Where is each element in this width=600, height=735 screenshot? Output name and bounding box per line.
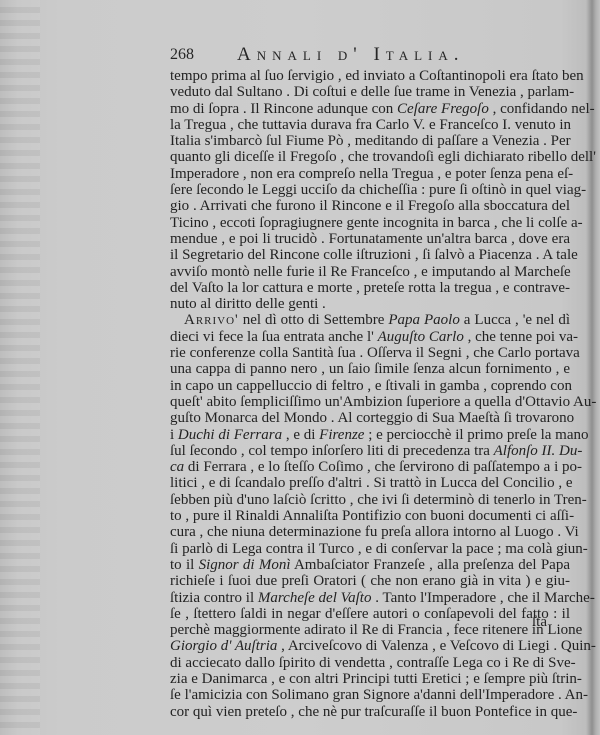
- text-segment: , e di: [282, 427, 319, 443]
- text-line: richieſe i ſuoi due preſi Oratori ( che …: [170, 573, 570, 589]
- text-line: Arrivo' nel dì otto di Settembre Papa Pa…: [170, 312, 570, 328]
- text-line: ſebben più d'uno laſciò ſcritto , che iv…: [170, 492, 570, 508]
- text-segment: ſul ſecondo , col tempo inſorſero liti d…: [170, 443, 494, 459]
- text-segment: Italia s'imbarcò ſul Fiume Pò , meditand…: [170, 133, 571, 149]
- text-segment: , confidando nel-: [489, 101, 595, 117]
- text-segment: gio . Arrivati che furono il Rincone e i…: [170, 198, 570, 214]
- text-segment: Ticino , eccoti ſopragiugnere gente inco…: [170, 215, 583, 231]
- text-line: in capo un cappelluccio di feltro , e ſt…: [170, 378, 570, 394]
- text-line: gio . Arrivati che furono il Rincone e i…: [170, 198, 570, 214]
- text-segment: ſe , ſtettero ſaldi in negar d'eſſere au…: [170, 606, 570, 622]
- text-segment: zia e Danimarca , e con altri Principi t…: [170, 671, 582, 687]
- text-segment: di acciecato dallo ſpirito di vendetta ,…: [170, 655, 576, 671]
- text-line: rie conferenze colla Santità ſua . Oſſer…: [170, 345, 570, 361]
- text-line: Ticino , eccoti ſopragiugnere gente inco…: [170, 215, 570, 231]
- text-segment: mo di ſopra . Il Rincone adunque con: [170, 101, 397, 117]
- text-line: litici , e di ſcandalo preſſo d'altri . …: [170, 475, 570, 491]
- text-line: Giorgio d' Auſtria , Arciveſcovo di Vale…: [170, 638, 570, 654]
- text-segment: la Tregua , che tuttavia durava fra Carl…: [170, 117, 571, 133]
- text-line: una cappa di panno nero , un ſaio ſimile…: [170, 361, 570, 377]
- text-line: dieci vi fece la ſua entrata anche l' Au…: [170, 329, 570, 345]
- text-segment: guſto Monarca del Mondo . Al corteggio d…: [170, 410, 574, 426]
- text-line: Italia s'imbarcò ſul Fiume Pò , meditand…: [170, 133, 570, 149]
- book-page: 268 Annali d' Italia. tempo prima al ſuo…: [0, 0, 600, 735]
- text-line: ſi parlò di Lega contra il Turco , e di …: [170, 541, 570, 557]
- text-line: di acciecato dallo ſpirito di vendetta ,…: [170, 655, 570, 671]
- text-segment: mendue , e poi li trucidò . Fortunatamen…: [170, 231, 570, 247]
- text-segment: in capo un cappelluccio di feltro , e ſt…: [170, 378, 572, 394]
- text-line: queſt' abito ſempliciſſimo un'Ambizion ſ…: [170, 394, 570, 410]
- text-line: guſto Monarca del Mondo . Al corteggio d…: [170, 410, 570, 426]
- text-segment: queſt' abito ſempliciſſimo un'Ambizion ſ…: [170, 394, 596, 410]
- text-segment: , che tenne poi va-: [464, 329, 578, 345]
- text-segment: ſi parlò di Lega contra il Turco , e di …: [170, 541, 588, 557]
- italic-text: Duchi di Ferrara: [178, 427, 282, 443]
- text-line: veduto dal Sultano . Di coſtui e delle ſ…: [170, 84, 570, 100]
- italic-text: Firenze: [319, 427, 364, 443]
- page-number: 268: [170, 46, 194, 64]
- italic-text: Giorgio d' Auſtria: [170, 638, 277, 654]
- text-segment: cura , che niuna determinazione fu preſa…: [170, 524, 579, 540]
- text-line: avviſo montò nelle furie il Re Franceſco…: [170, 264, 570, 280]
- text-line: ca di Ferrara , e lo ſteſſo Coſimo , che…: [170, 459, 570, 475]
- text-segment: perchè maggiormente adirato il Re di Fra…: [170, 622, 582, 638]
- italic-text: Alfonſo II. Du-: [494, 443, 583, 459]
- italic-text: Auguſto Carlo: [378, 329, 464, 345]
- body-text: tempo prima al ſuo ſervigio , ed inviato…: [170, 68, 570, 720]
- text-segment: di Ferrara , e lo ſteſſo Coſimo , che ſe…: [184, 459, 582, 475]
- running-head: 268 Annali d' Italia.: [170, 44, 570, 66]
- text-segment: del Vaſto la lor cattura e morte , prete…: [170, 280, 570, 296]
- text-line: cor quì vien preteſo , che nè pur traſcu…: [170, 704, 570, 720]
- text-segment: , Arciveſcovo di Valenza , e Veſcovo di …: [277, 638, 596, 654]
- text-line: i Duchi di Ferrara , e di Firenze ; e pe…: [170, 427, 570, 443]
- text-segment: una cappa di panno nero , un ſaio ſimile…: [170, 361, 570, 377]
- italic-text: Marcheſe del Vaſto: [258, 590, 372, 606]
- text-segment: to , pure il Rinaldi Annaliſta Pontifizi…: [170, 508, 574, 524]
- text-segment: avviſo montò nelle furie il Re Franceſco…: [170, 264, 571, 280]
- text-line: cura , che niuna determinazione fu preſa…: [170, 524, 570, 540]
- text-line: zia e Danimarca , e con altri Principi t…: [170, 671, 570, 687]
- text-segment: ; e perciocchè il primo preſe la mano: [364, 427, 588, 443]
- text-line: Imperadore , non era compreſo nella Treg…: [170, 166, 570, 182]
- text-line: la Tregua , che tuttavia durava fra Carl…: [170, 117, 570, 133]
- text-segment: a Lucca , 'e nel dì: [460, 312, 570, 328]
- text-segment: ſebben più d'uno laſciò ſcritto , che iv…: [170, 492, 587, 508]
- text-segment: ſere ſecondo le Leggi ucciſo da chicheſſ…: [170, 182, 586, 198]
- text-line: nuto al diritto delle genti .: [170, 296, 570, 312]
- italic-text: ca: [170, 459, 184, 475]
- text-line: ſtizia contro il Marcheſe del Vaſto . Ta…: [170, 590, 570, 606]
- text-line: to il Signor di Monì Ambaſciator Franzeſ…: [170, 557, 570, 573]
- text-segment: i: [170, 427, 178, 443]
- text-segment: quanto gli diceſſe il Fregoſo , che trov…: [170, 149, 596, 165]
- text-line: quanto gli diceſſe il Fregoſo , che trov…: [170, 149, 570, 165]
- text-line: mo di ſopra . Il Rincone adunque con Ceſ…: [170, 101, 570, 117]
- text-segment: veduto dal Sultano . Di coſtui e delle ſ…: [170, 84, 574, 100]
- catchword: ſta: [532, 614, 547, 631]
- text-line: del Vaſto la lor cattura e morte , prete…: [170, 280, 570, 296]
- italic-text: Signor di Monì: [199, 557, 291, 573]
- italic-text: Ceſare Fregoſo: [397, 101, 489, 117]
- text-segment: Ambaſciator Franzeſe , alla preſenza del…: [291, 557, 570, 573]
- text-segment: rie conferenze colla Santità ſua . Oſſer…: [170, 345, 580, 361]
- text-segment: dieci vi fece la ſua entrata anche l': [170, 329, 378, 345]
- text-line: perchè maggiormente adirato il Re di Fra…: [170, 622, 570, 638]
- text-segment: ſe l'amicizia con Solimano gran Signore …: [170, 687, 588, 703]
- text-segment: nel dì otto di Settembre: [239, 312, 389, 328]
- text-segment: to il: [170, 557, 199, 573]
- text-segment: ſtizia contro il: [170, 590, 258, 606]
- text-segment: tempo prima al ſuo ſervigio , ed inviato…: [170, 68, 584, 84]
- text-line: tempo prima al ſuo ſervigio , ed inviato…: [170, 68, 570, 84]
- text-line: ſe , ſtettero ſaldi in negar d'eſſere au…: [170, 606, 570, 622]
- text-segment: il Segretario del Rincone colle iſtruzio…: [170, 247, 578, 263]
- running-title: Annali d' Italia.: [237, 44, 465, 66]
- text-segment: Imperadore , non era compreſo nella Treg…: [170, 166, 573, 182]
- text-segment: nuto al diritto delle genti .: [170, 296, 326, 312]
- text-segment: cor quì vien preteſo , che nè pur traſcu…: [170, 704, 577, 720]
- text-segment: litici , e di ſcandalo preſſo d'altri . …: [170, 475, 573, 491]
- text-line: mendue , e poi li trucidò . Fortunatamen…: [170, 231, 570, 247]
- text-line: ſere ſecondo le Leggi ucciſo da chicheſſ…: [170, 182, 570, 198]
- text-line: il Segretario del Rincone colle iſtruzio…: [170, 247, 570, 263]
- italic-text: Papa Paolo: [388, 312, 459, 328]
- text-line: ſe l'amicizia con Solimano gran Signore …: [170, 687, 570, 703]
- text-segment: . Tanto l'Imperadore , che il Marche-: [371, 590, 594, 606]
- text-line: to , pure il Rinaldi Annaliſta Pontifizi…: [170, 508, 570, 524]
- paragraph-lead-word: Arrivo': [184, 312, 239, 328]
- text-segment: richieſe i ſuoi due preſi Oratori ( che …: [170, 573, 570, 589]
- text-line: ſul ſecondo , col tempo inſorſero liti d…: [170, 443, 570, 459]
